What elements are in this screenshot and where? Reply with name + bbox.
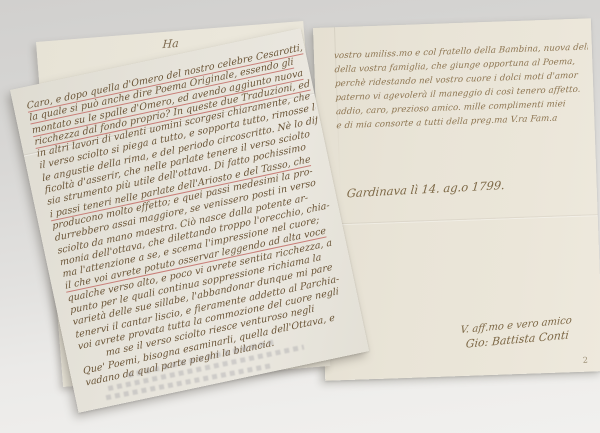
signature-block: V. aff.mo e vero amico Gio: Battista Con… xyxy=(441,314,593,353)
horizontal-fold-crease xyxy=(320,214,598,225)
closing-paragraph: vostro umiliss.mo e col fratello della B… xyxy=(334,40,591,133)
dateline: Gardinava lì 14. ag.o 1799. xyxy=(346,178,505,200)
photo-backdrop: vostro umiliss.mo e col fratello della B… xyxy=(0,0,600,433)
page-number: 2 xyxy=(583,356,588,365)
handwriting-fragment-top: Ha xyxy=(162,37,179,51)
